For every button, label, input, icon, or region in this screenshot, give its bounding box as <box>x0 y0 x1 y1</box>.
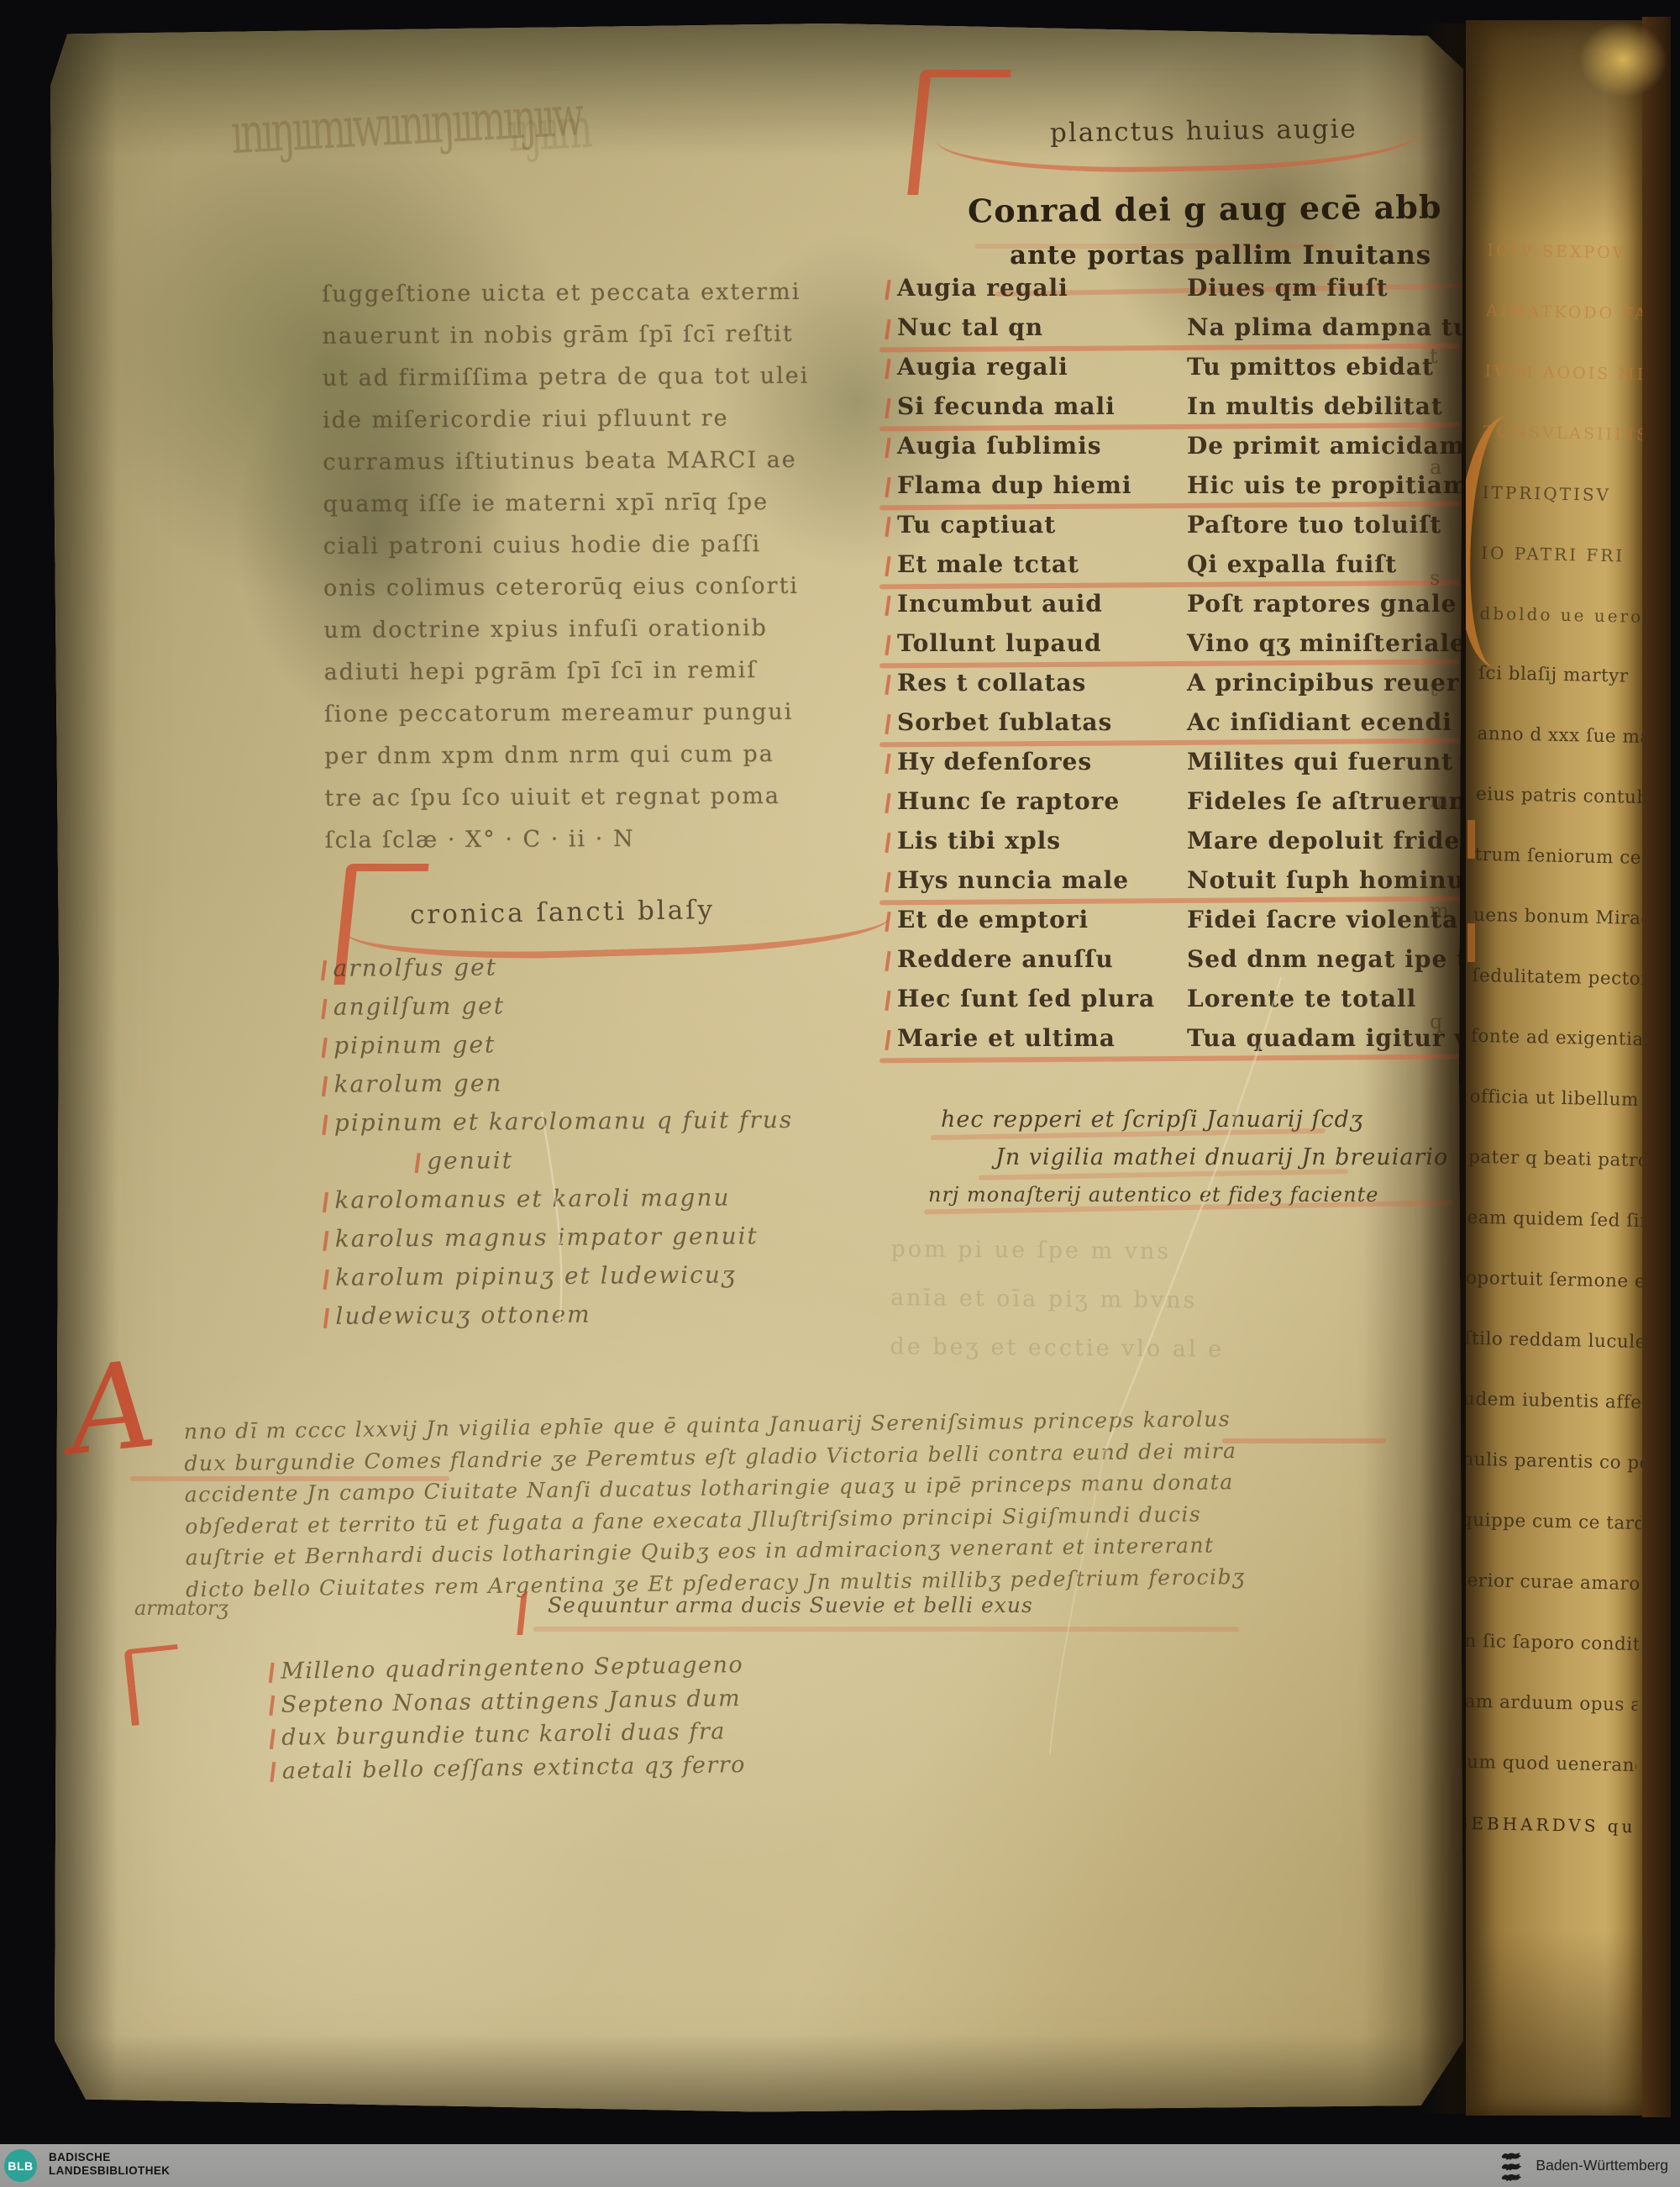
red-initial-stroke <box>885 832 890 852</box>
manuscript-text-line: ſuggeſtione uicta et peccata extermi <box>322 271 927 316</box>
red-initial-stroke <box>885 990 890 1010</box>
library-name-line1: BADISCHE <box>49 2151 170 2164</box>
red-initial-stroke <box>269 1695 275 1716</box>
verse-left-text: Hunc ſe raptore <box>897 787 1187 815</box>
library-name-line2: LANDESBIBLIOTHEK <box>49 2164 170 2178</box>
genealogy-line: ludewicuʒ ottonem <box>324 1294 795 1336</box>
verse-left-text: Augia ſublimis <box>897 432 1187 460</box>
verse-left-text: Incumbut auid <box>897 590 1187 618</box>
annal-margin-word: armatorʒ <box>134 1596 228 1620</box>
verse-right-text: Ac inſidiant ecendi <box>1187 708 1452 736</box>
recto-text-line: uens bonum Mirae carita <box>1473 886 1645 949</box>
red-initial-stroke <box>885 437 890 457</box>
gutter-shadow <box>1420 24 1472 2114</box>
genealogy-text: arnolfus get <box>333 954 497 982</box>
verse-right-text: Qi expalla fuiſt <box>1187 550 1397 578</box>
red-initial-stroke <box>323 1230 328 1250</box>
verse-left-text: Res t collatas <box>897 669 1187 697</box>
verse-left-text: Tollunt lupaud <box>897 629 1187 657</box>
genealogy-line: pipinum et karolomanu q fuit frus <box>323 1101 794 1143</box>
red-initial-stroke <box>885 1029 890 1049</box>
verse-left-text: Hys nuncia male <box>897 866 1187 894</box>
red-initial-stroke <box>322 1114 328 1134</box>
red-initial-stroke <box>885 753 890 773</box>
planctus-verse-row: Tollunt lupaudVino qʒ miniſteriale <box>886 629 1463 669</box>
red-initial-stroke <box>321 998 327 1018</box>
chronicle-genealogy-list: arnolfus getangilſum getpipinum getkarol… <box>322 946 795 1336</box>
red-underline <box>937 118 1420 176</box>
red-initial-stroke <box>323 1269 329 1289</box>
red-initial-stroke <box>885 397 890 418</box>
red-underline <box>533 1627 1239 1632</box>
colophon-note: hec repperi et ſcripſi Januarij ſcdʒJn v… <box>920 1101 1448 1214</box>
manuscript-text-line: curramus iſtiutinus beata MARCI ae <box>323 439 927 484</box>
genealogy-line: karolum pipinuʒ et ludewicuʒ <box>324 1255 795 1297</box>
recto-text-line: anno d xxx ſue matris in <box>1477 704 1645 768</box>
recto-text-line: udem iubentis affectus ſed n <box>1466 1370 1645 1433</box>
erased-line: de beʒ et ecctie vlo al e <box>890 1322 1224 1374</box>
pen-trials: ıŋıım <box>507 97 591 165</box>
recto-text-line: TONSVLASIILISTO <box>1483 402 1645 465</box>
red-initial-stroke <box>270 1728 276 1748</box>
recto-text-line: ſtilo reddam luculentum <box>1466 1309 1645 1373</box>
genealogy-line: karolum gen <box>323 1062 793 1104</box>
erased-line: pom pi ue ſpe m vns <box>890 1225 1225 1276</box>
manuscript-text-line: ut ad firmiſſima petra de qua tot ulei <box>323 355 927 400</box>
red-initial-stroke <box>885 318 890 339</box>
red-initial-stroke <box>322 1037 328 1057</box>
verse-left-text: Augia regali <box>897 353 1187 381</box>
verse-left-text: Sorbet ſublatas <box>897 708 1187 736</box>
erased-line: anīa et oīa piʒ m bvns <box>890 1274 1225 1325</box>
red-initial-stroke <box>885 358 890 378</box>
planctus-verse-row: Et de emptoriFidei ſacre violenta <box>886 906 1463 945</box>
planctus-verse-table: Augia regaliDiues qm fiuſtNuc tal qnNa p… <box>886 274 1463 1064</box>
recto-text-line: officia ut libellum de eorum <box>1469 1067 1645 1131</box>
recto-text-line: ſci blaſij martyr <box>1478 644 1645 707</box>
annal-entry-1477: nno dī m cccc lxxvij Jn vigilia ephīe qu… <box>184 1401 1463 1606</box>
red-initial-stroke <box>885 713 890 733</box>
red-initial-stroke <box>885 950 890 970</box>
region-name: Baden-Württemberg <box>1536 2157 1668 2174</box>
verse-line: aetali bello ceſſans extincta qʒ ferro <box>271 1748 747 1788</box>
red-initial-stroke <box>885 871 890 891</box>
planctus-verse-row: Flama dup hiemiHic uis te propitiam <box>886 471 1463 511</box>
planctus-verse-row: Hec ſunt ſed pluraLorente te totall <box>886 985 1463 1024</box>
verse-left-text: Tu captiuat <box>897 511 1187 539</box>
blb-logo-text: BLB <box>8 2159 33 2173</box>
verse-right-text: Poſt raptores gnale <box>1187 590 1457 618</box>
rubric-line-1: Conrad dei g aug ecē abb <box>968 188 1442 230</box>
planctus-verse-row: Si fecunda maliIn multis debilitat <box>886 392 1463 432</box>
red-initial-stroke <box>885 674 890 694</box>
genealogy-line: karolomanus et karoli magnu <box>323 1178 794 1220</box>
manuscript-text-line: adiuti hepi pgrām ſpī ſcī in remiſ <box>324 649 929 694</box>
genealogy-text: genuit <box>427 1146 513 1175</box>
planctus-verse-row: Hy defenſoresMilites qui fuerunt <box>886 748 1463 787</box>
recto-text-line: ſedulitatem pectoris tui <box>1472 946 1645 1010</box>
planctus-verse-row: Reddere anuſſuSed dnm negat ipe talentu <box>886 945 1463 985</box>
planctus-verse-row: Incumbut auidPoſt raptores gnale <box>886 590 1463 629</box>
planctus-verse-row: Hunc ſe raptoreFideles ſe aſtruerunt <box>886 787 1463 827</box>
recto-text-line: quippe cum ce tarditas ingo <box>1466 1490 1642 1554</box>
library-name: BADISCHE LANDESBIBLIOTHEK <box>49 2151 170 2178</box>
recto-text-line: eam quidem ſed ſimpliciori <box>1467 1188 1645 1252</box>
manuscript-text-line: ciali patroni cuius hodie die paſſi <box>323 523 928 568</box>
planctus-verse-row: Lis tibi xplsMare depoluit fridericum <box>886 827 1463 866</box>
red-initial-stroke <box>415 1153 421 1173</box>
red-initial-stroke <box>885 595 890 615</box>
planctus-verse-row: Augia ſublimisDe primit amicidam <box>886 432 1463 471</box>
erased-text: pom pi ue ſpe m vnsanīa et oīa piʒ m bvn… <box>890 1225 1225 1374</box>
red-initial-stroke <box>885 911 890 931</box>
red-initial-stroke <box>323 1307 329 1327</box>
verse-text: Milleno quadringenteno Septuageno <box>281 1652 743 1685</box>
verse-left-text: Augia regali <box>897 274 1187 302</box>
recto-text-line: pater q beati patroni nri bla <box>1467 1128 1645 1191</box>
recto-text-line: GEBHARDVS qui poſt <box>1466 1793 1635 1857</box>
genealogy-text: angilſum get <box>333 991 505 1020</box>
recto-text-fragments: IOIV SEXPOVAIMATKODO FACIVIM AOOIS MIKOI… <box>1466 220 1645 1857</box>
genealogy-text: pipinum et karolomanu q fuit frus <box>334 1106 794 1137</box>
manuscript-page-verso: ınıŋıımıwıınıŋıımıŋııw ıŋıım planctus hu… <box>50 24 1463 2114</box>
red-initial-stroke <box>885 516 890 536</box>
recto-text-line: ITPRIQTISV <box>1482 462 1645 526</box>
manuscript-text-line: ide miſericordie riui pfluunt re <box>323 397 927 442</box>
planctus-verse-row: Hys nuncia maleNotuit ſuph hominum <box>886 866 1463 906</box>
recto-text-line: IOIV SEXPOV <box>1487 220 1645 284</box>
recto-text-line: eum quod uenerande me <box>1466 1732 1637 1796</box>
manuscript-text-line: um doctrine xpius infuſi orationib <box>323 607 928 652</box>
planctus-verse-row: Et male tctatQi expalla fuiſt <box>886 550 1463 590</box>
planctus-verse-row: Res t collatasA principibus reuerendi <box>886 669 1463 708</box>
verse-left-text: Et de emptori <box>897 906 1187 933</box>
recto-text-line: IVIM AOOIS MIKOI <box>1484 341 1645 405</box>
verse-left-text: Reddere anuſſu <box>897 945 1187 973</box>
blb-logo: BLB <box>4 2149 37 2182</box>
verse-right-text: Tu pmittos ebidat <box>1187 353 1434 381</box>
left-column-text: ſuggeſtione uicta et peccata exterminaue… <box>322 271 930 862</box>
genealogy-line: angilſum get <box>323 985 793 1027</box>
manuscript-text-line: tre ac ſpu ſco uiuit et regnat poma <box>324 775 929 820</box>
genealogy-text: karolus magnus impator genuit <box>335 1222 759 1253</box>
red-flourish <box>123 1644 185 1726</box>
book-fore-edge <box>1642 17 1671 2117</box>
genealogy-line: genuit <box>416 1139 794 1180</box>
parchment-stain <box>50 2034 1463 2114</box>
manuscript-text-line: onis colimus ceterorūq eius conſorti <box>323 565 928 610</box>
verse-left-text: Hy defenſores <box>897 748 1187 775</box>
next-folio-edge: IOIV SEXPOVAIMATKODO FACIVIM AOOIS MIKOI… <box>1466 20 1645 2116</box>
verse-left-text: Nuc tal qn <box>897 313 1187 341</box>
recto-text-line: trum ſeniorum ce <box>1474 825 1645 889</box>
recto-text-line: hulis parentis co poterit ef <box>1466 1430 1643 1494</box>
verse-left-text: Si fecunda mali <box>897 392 1187 420</box>
verse-left-text: Lis tibi xpls <box>897 827 1187 854</box>
recto-text-line: AIMATKODO FAC <box>1485 281 1645 344</box>
verse-left-text: Et male tctat <box>897 550 1187 578</box>
recto-text-line: tam arduum opus aggredi <box>1466 1672 1638 1736</box>
red-initial-stroke <box>885 279 890 299</box>
planctus-verse-row: Augia regaliDiues qm fiuſt <box>886 274 1463 313</box>
red-initial-stroke <box>270 1762 276 1782</box>
rubric-line-2: ante portas pallim Inuitans <box>1010 240 1431 271</box>
red-initial-stroke <box>885 792 890 812</box>
verse-text: aetali bello ceſſans extincta qʒ ferro <box>282 1752 747 1785</box>
manuscript-text-line: ſione peccatorum mereamur pungui <box>324 691 929 736</box>
red-initial-stroke <box>269 1662 275 1682</box>
genealogy-text: karolomanus et karoli magnu <box>334 1184 730 1214</box>
genealogy-line: karolus magnus impator genuit <box>324 1217 795 1259</box>
planctus-verse-row: Sorbet ſublatasAc inſidiant ecendi <box>886 708 1463 748</box>
red-initial-A: A <box>63 1345 161 1473</box>
genealogy-line: pipinum get <box>323 1023 793 1065</box>
verse-text: Septeno Nonas attingens Janus dum <box>281 1685 742 1718</box>
verse-right-text: Milites qui fuerunt <box>1187 748 1453 775</box>
memorial-verse: Milleno quadringenteno SeptuagenoSepteno… <box>270 1648 746 1788</box>
manuscript-text-line: nauerunt in nobis grām ſpī ſcī reſtit <box>322 313 927 358</box>
page-highlight <box>1579 22 1667 97</box>
recto-text-line: oportuit ſermone eccui <box>1466 1249 1645 1312</box>
verse-left-text: Marie et ultima <box>897 1024 1187 1052</box>
planctus-verse-row: Nuc tal qnNa plima dampna tuliſt <box>886 313 1463 353</box>
recto-text-line: fonte ad exigentiam meq <box>1470 1007 1645 1070</box>
recto-text-line: terior curae amaro ut ſic <box>1466 1551 1641 1615</box>
verse-right-text: Fidei ſacre violenta <box>1187 906 1458 933</box>
verse-right-text: Diues qm fiuſt <box>1187 274 1389 302</box>
red-initial-stroke <box>321 959 327 980</box>
recto-text-line: eius patris contubernio <box>1475 765 1645 828</box>
planctus-verse-row: Marie et ultimaTua quadam igitur villa <box>886 1024 1463 1064</box>
verse-text: dux burgundie tunc karoli duas fra <box>281 1718 726 1750</box>
parchment-stain <box>50 24 118 2114</box>
verse-left-text: Flama dup hiemi <box>897 471 1187 499</box>
genealogy-text: karolum pipinuʒ et ludewicuʒ <box>335 1261 737 1291</box>
planctus-verse-row: Tu captiuatPaſtore tuo toluiſt <box>886 511 1463 550</box>
red-initial-stroke <box>885 476 890 497</box>
genealogy-text: pipinum get <box>333 1031 496 1059</box>
manuscript-text-line: ſcla ſclæ · X° · C · ii · N <box>325 817 930 862</box>
red-initial-stroke <box>885 555 890 576</box>
red-underline <box>130 1476 449 1481</box>
verse-left-text: Hec ſunt ſed plura <box>897 985 1187 1012</box>
red-underline <box>1222 1438 1386 1443</box>
verse-right-text: Lorente te totall <box>1187 985 1416 1012</box>
recto-text-line: IO PATRI FRI <box>1480 523 1645 586</box>
recto-text-line: dboldo ue uero <box>1479 583 1645 647</box>
recto-text-line: in ſic ſaporo condite mophi <box>1466 1611 1640 1675</box>
manuscript-text-line: per dnm xpm dnm nrm qui cum pa <box>324 733 929 778</box>
red-initial-stroke <box>885 634 890 655</box>
digitized-manuscript-photo: ınıŋıımıwıınıŋıımıŋııw ıŋıım planctus hu… <box>0 0 1680 2187</box>
manuscript-text-line: quamq iſſe ie materni xpī nrīq ſpe <box>323 481 927 526</box>
red-initial-stroke <box>322 1075 328 1096</box>
genealogy-text: karolum gen <box>333 1069 502 1097</box>
planctus-verse-row: Augia regaliTu pmittos ebidat <box>886 353 1463 392</box>
genealogy-text: ludewicuʒ ottonem <box>335 1301 591 1330</box>
region-branding: Baden-Württemberg <box>1500 2144 1668 2187</box>
baden-wuerttemberg-coat-of-arms-icon <box>1500 2150 1527 2182</box>
annal-caption: Sequuntur arma ducis Suevie et belli exu… <box>548 1593 1033 1617</box>
library-footer-bar: BLB BADISCHE LANDESBIBLIOTHEK Baden-Würt… <box>0 2144 1680 2187</box>
red-initial-stroke <box>323 1191 328 1212</box>
genealogy-line: arnolfus get <box>322 946 792 988</box>
verse-right-text: In multis debilitat <box>1187 392 1443 420</box>
verse-right-text: Paſtore tuo toluiſt <box>1187 511 1441 539</box>
